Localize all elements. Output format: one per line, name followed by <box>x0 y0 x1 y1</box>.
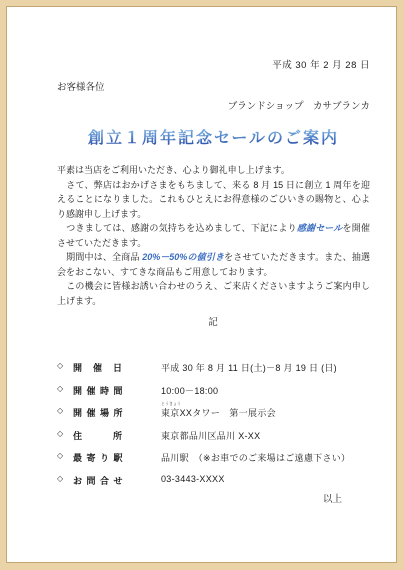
paragraph-discount-text: 期間中は、全商品 <box>57 252 142 262</box>
detail-label-date: 開 催 日 <box>73 361 143 374</box>
ki-marker: 記 <box>57 314 370 328</box>
detail-label-station: 最 寄 り 駅 <box>73 451 143 464</box>
diamond-icon: ◇ <box>57 451 73 460</box>
detail-value-venue: とうきょう東京XXタワー 第一展示会 <box>161 406 276 419</box>
diamond-icon: ◇ <box>57 406 73 415</box>
detail-row-address: ◇ 住 所 東京都品川区品川 X-XX <box>57 429 370 442</box>
paragraph-greeting: 平素は当店をご利用いただき、心より御礼申し上げます。 <box>57 163 370 178</box>
event-details-list: ◇ 開 催 日 平成 30 年 8 月 11 日(土)－8 月 19 日 (日)… <box>57 361 370 487</box>
detail-row-contact: ◇ お 問 合 せ 03-3443-XXXX <box>57 474 370 487</box>
venue-ruby-wrap: とうきょう東京 <box>161 406 180 419</box>
discount-emphasis: 20%－50%の値引き <box>142 252 224 262</box>
detail-row-hours: ◇ 開 催 時 間 10:00－18:00 <box>57 384 370 397</box>
detail-label-venue: 開 催 場 所 <box>73 406 143 419</box>
diamond-icon: ◇ <box>57 384 73 393</box>
diamond-icon: ◇ <box>57 474 73 483</box>
detail-value-hours: 10:00－18:00 <box>161 384 218 397</box>
detail-row-date: ◇ 開 催 日 平成 30 年 8 月 11 日(土)－8 月 19 日 (日) <box>57 361 370 374</box>
letter-title: 創立１周年記念セールのご案内 <box>57 125 370 148</box>
letter-date: 平成 30 年 2 月 28 日 <box>57 57 370 71</box>
paragraph-invitation: この機会に皆様お誘い合わせのうえ、ご来店くださいますようご案内申し上げます。 <box>57 279 370 308</box>
paragraph-sale-text: つきましては、感謝の気持ちを込めまして、下記により <box>57 223 297 233</box>
detail-label-contact: お 問 合 せ <box>73 474 143 487</box>
paragraph-sale: つきましては、感謝の気持ちを込めまして、下記により感謝セールを開催させていただき… <box>57 221 370 250</box>
venue-base-text: 東京 <box>161 408 180 418</box>
closing-marker: 以上 <box>57 491 370 505</box>
detail-row-venue: ◇ 開 催 場 所 とうきょう東京XXタワー 第一展示会 <box>57 406 370 419</box>
paragraph-discount: 期間中は、全商品 20%－50%の値引きをさせていただきます。また、抽選会をおこ… <box>57 250 370 279</box>
detail-label-address: 住 所 <box>73 429 143 442</box>
detail-row-station: ◇ 最 寄 り 駅 品川駅 （※お車でのご来場はご遠慮下さい） <box>57 451 370 464</box>
venue-ruby-text: とうきょう <box>161 401 181 407</box>
detail-value-date: 平成 30 年 8 月 11 日(土)－8 月 19 日 (日) <box>161 361 337 374</box>
detail-value-contact: 03-3443-XXXX <box>161 474 225 484</box>
document-page: 平成 30 年 2 月 28 日 お客様各位 ブランドショップ カサブランカ 創… <box>6 6 397 563</box>
detail-value-station: 品川駅 （※お車でのご来場はご遠慮下さい） <box>161 451 350 464</box>
diamond-icon: ◇ <box>57 361 73 370</box>
venue-rest-text: XXタワー 第一展示会 <box>180 408 276 418</box>
diamond-icon: ◇ <box>57 429 73 438</box>
sale-name-emphasis: 感謝セール <box>297 223 343 233</box>
paragraph-announcement: さて、弊店はおかげさまをもちまして、来る 8 月 15 日に創立 1 周年を迎え… <box>57 178 370 222</box>
detail-value-address: 東京都品川区品川 X-XX <box>161 429 260 442</box>
letter-page: { "document": { "date": "平成 30 年 2 月 28 … <box>0 0 404 570</box>
page-content: 平成 30 年 2 月 28 日 お客様各位 ブランドショップ カサブランカ 創… <box>7 57 396 505</box>
letter-body: 平素は当店をご利用いただき、心より御礼申し上げます。 さて、弊店はおかげさまをも… <box>57 163 370 308</box>
addressee: お客様各位 <box>57 79 370 93</box>
detail-label-hours: 開 催 時 間 <box>73 384 143 397</box>
sender-name: ブランドショップ カサブランカ <box>57 98 370 112</box>
